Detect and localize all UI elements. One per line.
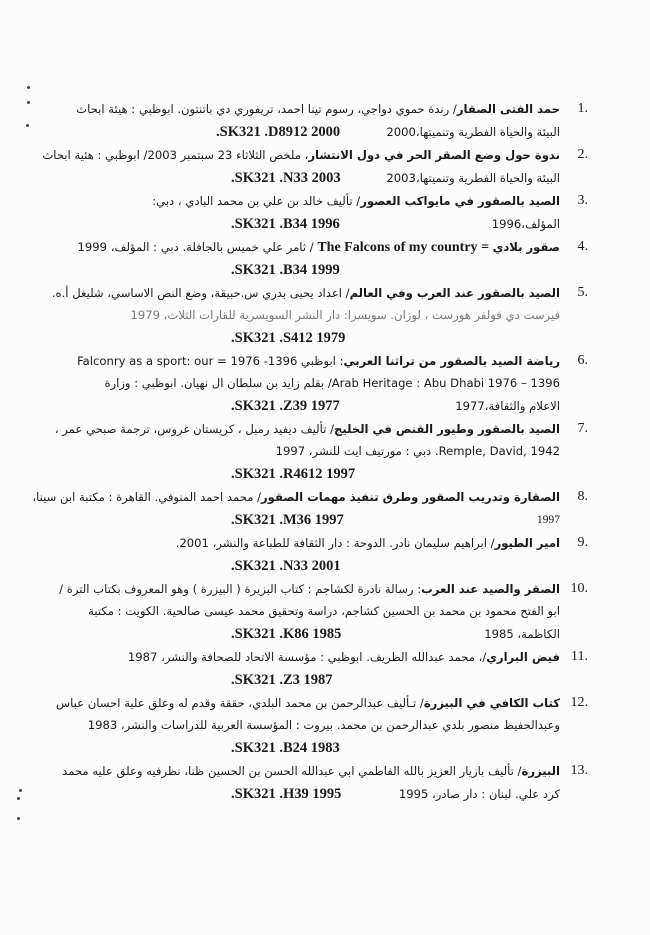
entry-details: / تـأليف عبدالرحمن بن محمد البلدي، حققة … xyxy=(56,696,424,710)
call-number: .SK321 .K86 1985 xyxy=(231,622,341,646)
entry-details: / محمد احمد المنوفي. القاهرة : مكتبة ابن… xyxy=(32,490,261,504)
bibliography-entry: 7. الصيد بالصقور وطيور القنص في الخليج/ … xyxy=(88,418,588,486)
entry-line: ابو الفتح محمود بن محمد بن الحسين كشاجم،… xyxy=(88,600,588,622)
call-number: .SK321 .B24 1983 xyxy=(231,736,340,760)
entry-imprint: البيئة والحياة الفطرية وتنميتها،2003 xyxy=(386,166,560,190)
entry-line: البيزرة/ تأليف بازيار العزيز بالله الفاط… xyxy=(88,760,588,782)
entry-line: حمد الفتى الصقار/ رندة حموي دواجي، رسوم … xyxy=(88,98,588,120)
entry-call-row: .SK321 .R4612 1997 xyxy=(88,462,588,486)
bibliography-entry: 1. حمد الفتى الصقار/ رندة حموي دواجي، رس… xyxy=(88,98,588,144)
bibliography-entry: 2. ندوة حول وضع الصقر الحر في دول الانتش… xyxy=(88,144,588,190)
entry-line: صقور بلادي = The Falcons of my country /… xyxy=(88,236,588,258)
bibliography-list: 1. حمد الفتى الصقار/ رندة حموي دواجي، رس… xyxy=(88,98,588,806)
entry-call-row: .SK321 .B34 1999 xyxy=(88,258,588,282)
bibliography-entry: 4. صقور بلادي = The Falcons of my countr… xyxy=(88,236,588,282)
entry-number: 7. xyxy=(578,418,589,440)
call-number: .SK321 .M36 1997 xyxy=(231,508,344,532)
entry-details: / تأليف بازيار العزيز بالله الفاطمي ابي … xyxy=(62,764,521,778)
bibliography-entry: 11. فيض البراري/، محمد عبدالله الظريف. ا… xyxy=(88,646,588,692)
entry-line: رياضة الصيد بالصقور من تراثنا العربي: اب… xyxy=(88,350,588,372)
margin-mark xyxy=(17,797,20,800)
call-number: .SK321 .Z39 1977 xyxy=(231,394,340,418)
entry-details: / رندة حموي دواجي، رسوم تينا احمد، تريفو… xyxy=(76,102,457,116)
entry-details: : رسالة نادرة لكشاجم : كتاب البزيرة ( ال… xyxy=(59,582,421,596)
entry-call-row: .SK321 .B24 1983 xyxy=(88,736,588,760)
bibliography-entry: 8. الصقارة وتدريب الصقور وطرق تنفيذ مهما… xyxy=(88,486,588,532)
margin-mark xyxy=(26,124,29,127)
entry-line: الصقر والصيد عند العرب: رسالة نادرة لكشا… xyxy=(88,578,588,600)
entry-line: الصيد بالصقور وطيور القنص في الخليج/ تأل… xyxy=(88,418,588,440)
call-number: .SK321 .B34 1999 xyxy=(231,258,340,282)
entry-title: رياضة الصيد بالصقور من تراثنا العربي xyxy=(343,354,560,368)
entry-number: 2. xyxy=(578,144,589,166)
entry-details: /، محمد عبدالله الظريف. ابوظبي : مؤسسة ا… xyxy=(128,650,486,664)
entry-line: امير الطيور/ ابراهيم سليمان نادر. الدوحة… xyxy=(88,532,588,554)
entry-call-row: 1997 .SK321 .M36 1997 xyxy=(88,508,588,532)
entry-number: 11. xyxy=(571,646,588,668)
call-number: .SK321 .Z3 1987 xyxy=(231,668,333,692)
entry-imprint: البيئة والحياة الفطرية وتنميتها،2000 xyxy=(386,120,560,144)
entry-line: Arab Heritage : Abu Dhabi 1976 – 1396/ ب… xyxy=(88,372,588,394)
entry-details: / تأليف خالد بن علي بن محمد البادي ، دبي… xyxy=(152,194,360,208)
entry-call-row: كرد علي. لبنان : دار صادر، 1995 .SK321 .… xyxy=(88,782,588,806)
entry-number: 1. xyxy=(578,98,589,120)
entry-title: كتاب الكافي في البيزرة xyxy=(424,696,560,710)
entry-line: ندوة حول وضع الصقر الحر في دول الانتشار،… xyxy=(88,144,588,166)
bibliography-entry: 3. الصيد بالصقور في مايواكب العصور/ تألي… xyxy=(88,190,588,236)
margin-mark xyxy=(19,789,22,792)
entry-call-row: المؤلف،1996 .SK321 .B34 1996 xyxy=(88,212,588,236)
entry-title: الصيد بالصقور عند العرب وفي العالم xyxy=(350,286,560,300)
entry-title: الصيد بالصقور في مايواكب العصور xyxy=(360,194,560,208)
entry-number: 6. xyxy=(578,350,589,372)
entry-line: الصيد بالصقور في مايواكب العصور/ تأليف خ… xyxy=(88,190,588,212)
entry-call-row: .SK321 .S412 1979 xyxy=(88,326,588,350)
entry-number: 8. xyxy=(578,486,589,508)
entry-title: ندوة حول وضع الصقر الحر في دول الانتشار xyxy=(308,148,560,162)
bibliography-entry: 5. الصيد بالصقور عند العرب وفي العالم/ ا… xyxy=(88,282,588,350)
entry-imprint: الاعلام والثقافة،1977 xyxy=(455,394,560,418)
entry-number: 5. xyxy=(578,282,589,304)
entry-imprint: المؤلف،1996 xyxy=(492,212,560,236)
margin-mark xyxy=(27,86,30,89)
entry-number: 10. xyxy=(571,578,589,600)
entry-line: الصيد بالصقور عند العرب وفي العالم/ اعدا… xyxy=(88,282,588,304)
entry-call-row: .SK321 .N33 2001 xyxy=(88,554,588,578)
entry-line: الصقارة وتدريب الصقور وطرق تنفيذ مهمات ا… xyxy=(88,486,588,508)
entry-number: 3. xyxy=(578,190,589,212)
call-number: .SK321 .D8912 2000 xyxy=(216,120,340,144)
bibliography-entry: 13. البيزرة/ تأليف بازيار العزيز بالله ا… xyxy=(88,760,588,806)
entry-imprint: الكاظمة، 1985 xyxy=(484,622,560,646)
entry-title: فيض البراري xyxy=(486,650,560,664)
entry-title: الصقر والصيد عند العرب xyxy=(421,582,560,596)
bibliography-entry: 6. رياضة الصيد بالصقور من تراثنا العربي:… xyxy=(88,350,588,418)
entry-line: كتاب الكافي في البيزرة/ تـأليف عبدالرحمن… xyxy=(88,692,588,714)
entry-details: / تأليف ديفيد رمبل ، كريستان غروس، ترجمة… xyxy=(55,422,334,436)
entry-details: ، ملخص الثلاثاء 23 سبتمبر 2003/ ابوظبي :… xyxy=(42,148,308,162)
bibliography-entry: 12. كتاب الكافي في البيزرة/ تـأليف عبدال… xyxy=(88,692,588,760)
entry-title: امير الطيور xyxy=(495,536,560,550)
entry-number: 4. xyxy=(578,236,589,258)
entry-english-title: = The Falcons of my country xyxy=(317,240,489,255)
entry-number: 12. xyxy=(571,692,589,714)
bibliography-entry: 10. الصقر والصيد عند العرب: رسالة نادرة … xyxy=(88,578,588,646)
entry-imprint: كرد علي. لبنان : دار صادر، 1995 xyxy=(399,782,560,806)
entry-line: Remple, David, 1942. دبي : مورتيف ايت لل… xyxy=(88,440,588,462)
entry-details: / ثامر علي خميس بالجافلة. دبي : المؤلف، … xyxy=(78,240,314,254)
call-number: .SK321 .N33 2001 xyxy=(231,554,341,578)
call-number: .SK321 .R4612 1997 xyxy=(231,462,355,486)
entry-number: 13. xyxy=(571,760,589,782)
entry-details: : ابوظبي 1396- 1976 = Falconry as a spor… xyxy=(77,354,343,368)
entry-imprint: 1997 xyxy=(537,508,560,532)
entry-line: فيرست دي فولفر هورست ، لوزان. سويسرا: دا… xyxy=(88,304,588,326)
entry-number: 9. xyxy=(578,532,589,554)
entry-title: صقور بلادي xyxy=(493,240,560,254)
call-number: .SK321 .S412 1979 xyxy=(231,326,345,350)
entry-details: / اعداد يحيى بدري س.حبيقة، وضع النص الاس… xyxy=(52,286,350,300)
margin-mark xyxy=(27,101,30,104)
entry-line: فيض البراري/، محمد عبدالله الظريف. ابوظب… xyxy=(88,646,588,668)
entry-call-row: .SK321 .Z3 1987 xyxy=(88,668,588,692)
call-number: .SK321 .B34 1996 xyxy=(231,212,340,236)
entry-call-row: الكاظمة، 1985 .SK321 .K86 1985 xyxy=(88,622,588,646)
entry-title: الصيد بالصقور وطيور القنص في الخليج xyxy=(334,422,560,436)
call-number: .SK321 .H39 1995 xyxy=(231,782,341,806)
margin-mark xyxy=(17,817,20,820)
entry-call-row: الاعلام والثقافة،1977 .SK321 .Z39 1977 xyxy=(88,394,588,418)
entry-title: البيزرة xyxy=(521,764,560,778)
entry-title: حمد الفتى الصقار xyxy=(457,102,560,116)
entry-details: / ابراهيم سليمان نادر. الدوحة : دار الثق… xyxy=(176,536,495,550)
scanned-page: 1. حمد الفتى الصقار/ رندة حموي دواجي، رس… xyxy=(0,0,650,935)
entry-call-row: البيئة والحياة الفطرية وتنميتها،2000 .SK… xyxy=(88,120,588,144)
call-number: .SK321 .N33 2003 xyxy=(231,166,341,190)
entry-title: الصقارة وتدريب الصقور وطرق تنفيذ مهمات ا… xyxy=(261,490,560,504)
entry-line: وعبدالحفيظ منصور بلدي عبدالرحمن بن محمد.… xyxy=(88,714,588,736)
entry-call-row: البيئة والحياة الفطرية وتنميتها،2003 .SK… xyxy=(88,166,588,190)
bibliography-entry: 9. امير الطيور/ ابراهيم سليمان نادر. الد… xyxy=(88,532,588,578)
